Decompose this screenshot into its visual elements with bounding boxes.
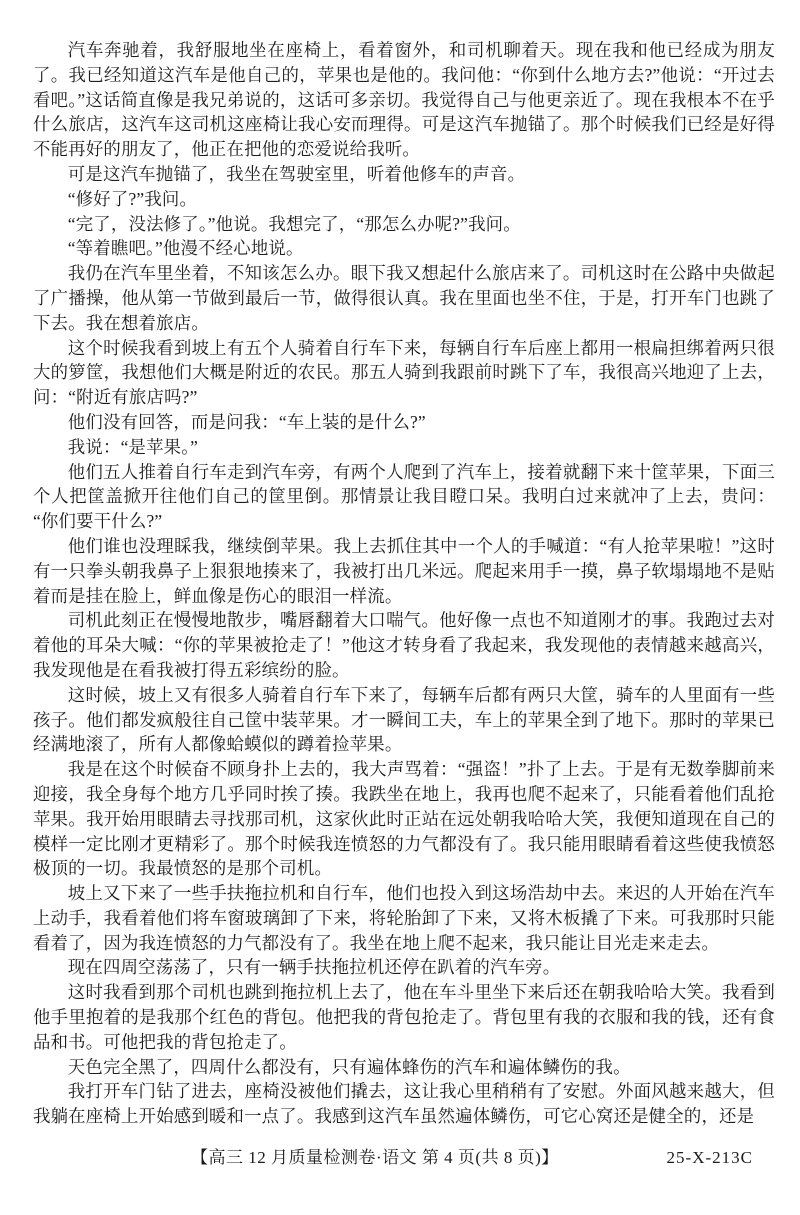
paragraph: 这时我看到那个司机也跳到拖拉机上去了，他在车斗里坐下来后还在朝我哈哈大笑。我看到… — [33, 980, 775, 1054]
paragraph: “等着瞧吧。”他漫不经心地说。 — [33, 236, 775, 261]
paragraph: 现在四周空荡荡了，只有一辆手扶拖拉机还停在趴着的汽车旁。 — [33, 955, 775, 980]
paragraph: 我是在这个时候奋不顾身扑上去的，我大声骂着：“强盗！”扑了上去。于是有无数拳脚前… — [33, 757, 775, 881]
paragraph: 司机此刻正在慢慢地散步，嘴唇翻着大口喘气。他好像一点也不知道刚才的事。我跑过去对… — [33, 608, 775, 682]
paragraph: 汽车奔驰着，我舒服地坐在座椅上，看着窗外，和司机聊着天。现在我和他已经成为朋友了… — [33, 38, 775, 162]
paragraph: 坡上又下来了一些手扶拖拉机和自行车，他们也投入到这场浩劫中去。来迟的人开始在汽车… — [33, 881, 775, 955]
paragraph: “修好了?”我问。 — [33, 187, 775, 212]
paragraph: 这时候，坡上又有很多人骑着自行车下来了，每辆车后都有两只大筐，骑车的人里面有一些… — [33, 683, 775, 757]
paragraph: 可是这汽车抛锚了，我坐在驾驶室里，听着他修车的声音。 — [33, 162, 775, 187]
paragraph: 他们谁也没理睬我，继续倒苹果。我上去抓住其中一个人的手喊道：“有人抢苹果啦！”这… — [33, 534, 775, 608]
footer-paper-code: 25-X-213C — [667, 1146, 753, 1170]
paragraph: 这个时候我看到坡上有五个人骑着自行车下来，每辆自行车后座上都用一根扁担绑着两只很… — [33, 336, 775, 410]
paragraph: 天色完全黑了，四周什么都没有，只有遍体蜂伤的汽车和遍体鳞伤的我。 — [33, 1055, 775, 1080]
page-footer: 【高三 12 月质量检测卷·语文 第 4 页(共 8 页)】 25-X-213C — [33, 1146, 775, 1170]
paragraph: “完了，没法修了。”他说。我想完了，“那怎么办呢?”我问。 — [33, 212, 775, 237]
paragraph: 我打开车门钻了进去，座椅没被他们撬去，这让我心里稍稍有了安慰。外面风越来越大，但… — [33, 1079, 775, 1129]
paragraph: 我仍在汽车里坐着，不知该怎么办。眼下我又想起什么旅店来了。司机这时在公路中央做起… — [33, 261, 775, 335]
footer-page-info: 【高三 12 月质量检测卷·语文 第 4 页(共 8 页)】 — [191, 1146, 559, 1170]
exam-paper-page: 汽车奔驰着，我舒服地坐在座椅上，看着窗外，和司机聊着天。现在我和他已经成为朋友了… — [0, 0, 800, 1215]
paragraph: 他们没有回答，而是问我：“车上装的是什么?” — [33, 410, 775, 435]
passage-body: 汽车奔驰着，我舒服地坐在座椅上，看着窗外，和司机聊着天。现在我和他已经成为朋友了… — [33, 38, 775, 1129]
paragraph: 他们五人推着自行车走到汽车旁，有两个人爬到了汽车上，接着就翻下来十筐苹果，下面三… — [33, 460, 775, 534]
paragraph: 我说：“是苹果。” — [33, 435, 775, 460]
